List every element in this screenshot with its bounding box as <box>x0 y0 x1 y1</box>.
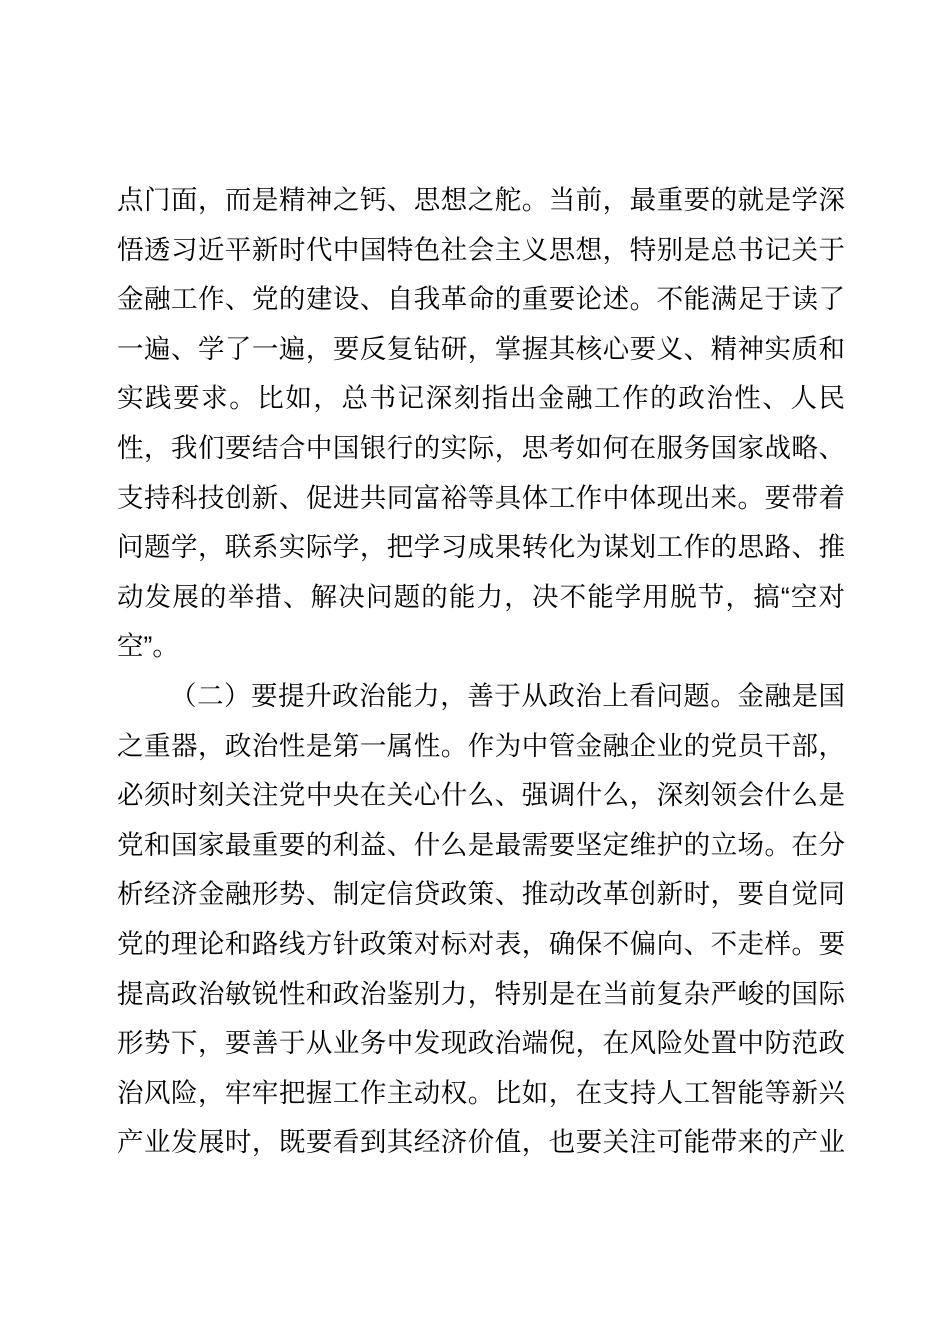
text-line: 治风险，牢牢把握工作主动权。比如，在支持人工智能等新兴 <box>117 1069 845 1119</box>
text-line: 党的理论和路线方针政策对标对表，确保不偏向、不走样。要 <box>117 920 845 970</box>
text-line: 支持科技创新、促进共同富裕等具体工作中体现出来。要带着 <box>117 474 845 524</box>
text-line: 析经济金融形势、制定信贷政策、推动改革创新时，要自觉同 <box>117 870 845 920</box>
text-line: 问题学，联系实际学，把学习成果转化为谋划工作的思路、推 <box>117 523 845 573</box>
text-line: 金融工作、党的建设、自我革命的重要论述。不能满足于读了 <box>117 275 845 325</box>
text-line: 实践要求。比如，总书记深刻指出金融工作的政治性、人民 <box>117 374 845 424</box>
text-line: 必须时刻关注党中央在关心什么、强调什么，深刻领会什么是 <box>117 771 845 821</box>
document-body: 点门面，而是精神之钙、思想之舵。当前，最重要的就是学深悟透习近平新时代中国特色社… <box>117 176 845 1168</box>
text-line: 空”。 <box>117 622 845 672</box>
text-line: 一遍、学了一遍，要反复钻研，掌握其核心要义、精神实质和 <box>117 325 845 375</box>
text-line: 之重器，政治性是第一属性。作为中管金融企业的党员干部， <box>117 722 845 772</box>
text-line: 党和国家最重要的利益、什么是最需要坚定维护的立场。在分 <box>117 821 845 871</box>
text-line: （二）要提升政治能力，善于从政治上看问题。金融是国 <box>117 672 845 722</box>
document-page: 点门面，而是精神之钙、思想之舵。当前，最重要的就是学深悟透习近平新时代中国特色社… <box>0 0 950 1344</box>
text-line: 性，我们要结合中国银行的实际，思考如何在服务国家战略、 <box>117 424 845 474</box>
text-line: 产业发展时，既要看到其经济价值，也要关注可能带来的产业 <box>117 1118 845 1168</box>
text-line: 提高政治敏锐性和政治鉴别力，特别是在当前复杂严峻的国际 <box>117 970 845 1020</box>
text-line: 悟透习近平新时代中国特色社会主义思想，特别是总书记关于 <box>117 226 845 276</box>
text-line: 动发展的举措、解决问题的能力，决不能学用脱节，搞“空对 <box>117 573 845 623</box>
text-line: 形势下，要善于从业务中发现政治端倪，在风险处置中防范政 <box>117 1019 845 1069</box>
text-line: 点门面，而是精神之钙、思想之舵。当前，最重要的就是学深 <box>117 176 845 226</box>
